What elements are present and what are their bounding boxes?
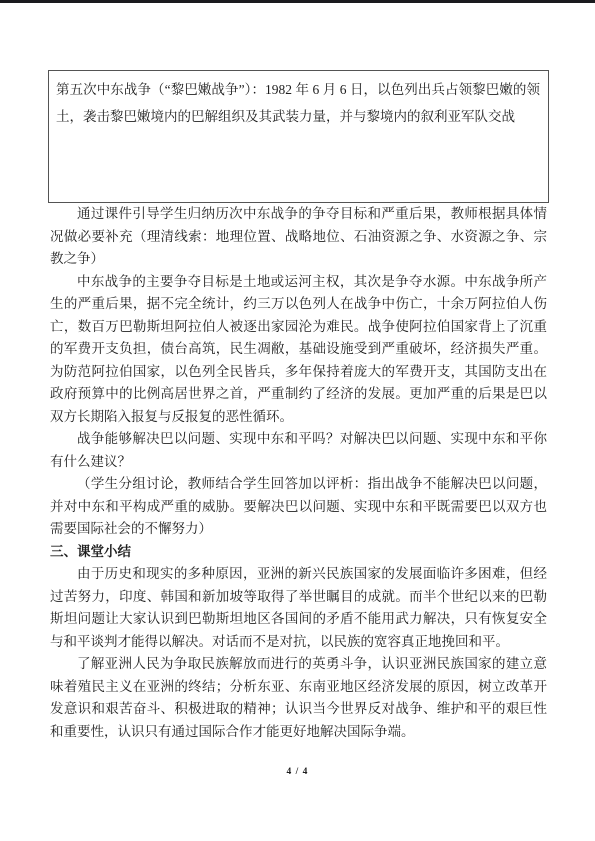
textbox-text: 第五次中东战争（“黎巴嫩战争”）：1982 年 6 月 6 日，以色列出兵占领黎… [56, 82, 540, 124]
fifth-middle-east-war-textbox: 第五次中东战争（“黎巴嫩战争”）：1982 年 6 月 6 日，以色列出兵占领黎… [48, 70, 549, 203]
document-page: 第五次中东战争（“黎巴嫩战争”）：1982 年 6 月 6 日，以色列出兵占领黎… [0, 0, 595, 841]
page-number: 4 / 4 [0, 767, 595, 777]
para-summary-learning-objectives: 了解亚洲人民为争取民族解放而进行的英勇斗争，认识亚洲民族国家的建立意味着殖民主义… [50, 653, 547, 743]
page-number-label: 4 / 4 [287, 767, 309, 777]
para-summary-asia-development: 由于历史和现实的多种原因，亚洲的新兴民族国家的发展面临许多困难，但经过苦努力，印… [50, 563, 547, 653]
para-courseware-guidance: 通过课件引导学生归纳历次中东战争的争夺目标和严重后果，教师根据具体情况做必要补充… [50, 203, 547, 271]
para-teacher-comments: （学生分组讨论，教师结合学生回答加以评析：指出战争不能解决巴以问题，并对中东和平… [50, 473, 547, 541]
para-discussion-question: 战争能够解决巴以问题、实现中东和平吗？对解决巴以问题、实现中东和平你有什么建议？ [50, 428, 547, 473]
para-war-goals-and-consequences: 中东战争的主要争夺目标是土地或运河主权，其次是争夺水源。中东战争所产生的严重后果… [50, 271, 547, 429]
document-body: 通过课件引导学生归纳历次中东战争的争夺目标和严重后果，教师根据具体情况做必要补充… [50, 203, 547, 743]
window-top-edge [0, 0, 595, 3]
summary-heading: 三、课堂小结 [50, 541, 547, 564]
